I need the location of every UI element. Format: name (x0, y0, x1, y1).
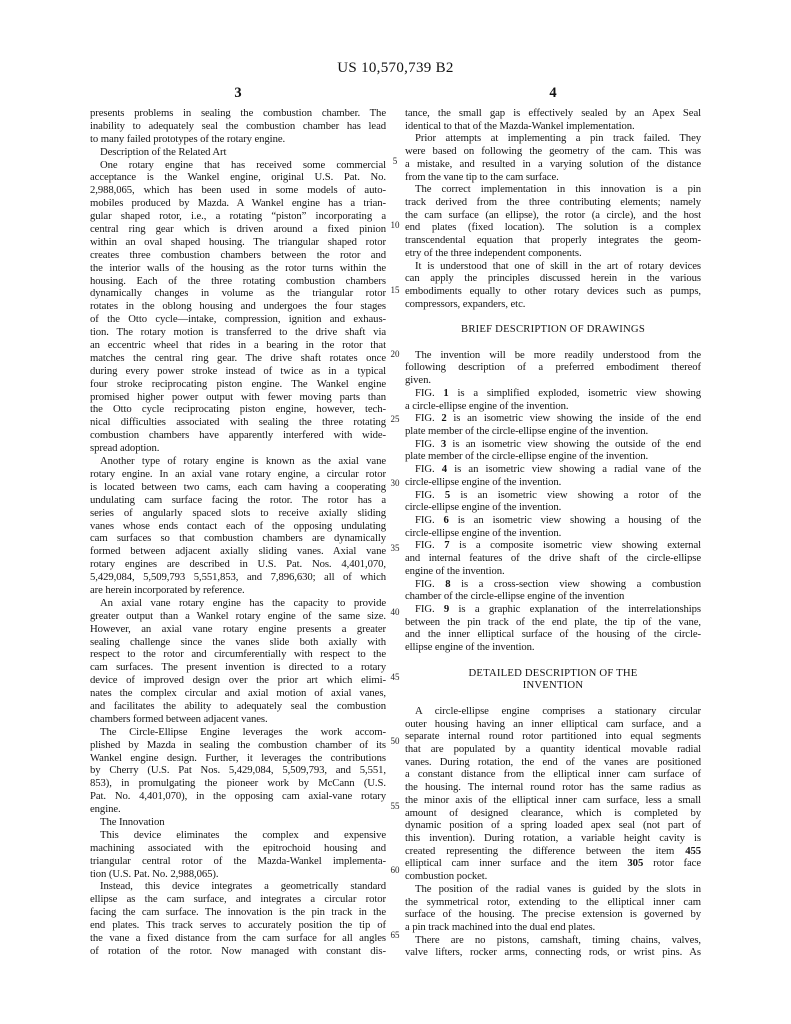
text-line: engine of the invention. (405, 565, 701, 578)
text-line: end plates (fixed location). The solutio… (405, 221, 701, 234)
text-line: creates three combustion chambers betwee… (90, 249, 386, 262)
text-line: tance, the small gap is effectively seal… (405, 107, 701, 120)
text-line: dynamically changes in volume as the tri… (90, 287, 386, 300)
blank-line (405, 311, 701, 324)
text-line: housing. Each of the three rotating comb… (90, 275, 386, 288)
text-line: were based on following the geometry of … (405, 145, 701, 158)
text-line: and internal features of the drive shaft… (405, 552, 701, 565)
text-line: FIG. 1 is a simplified exploded, isometr… (405, 387, 701, 400)
text-line: rotary engine. In an axial vane rotary e… (90, 468, 386, 481)
blank-line (405, 654, 701, 667)
gutter-line-number: 50 (385, 736, 405, 746)
text-line: embodiments equally to other rotary devi… (405, 285, 701, 298)
text-line: separate internal round rotor partitione… (405, 730, 701, 743)
text-line: matches the central ring gear. The drive… (90, 352, 386, 365)
left-column-text: presents problems in sealing the combust… (90, 107, 386, 958)
text-line: formed between adjacent axially sliding … (90, 545, 386, 558)
text-line: INVENTION (405, 679, 701, 692)
text-line: track derived from the three contributin… (405, 196, 701, 209)
text-line: FIG. 8 is a cross-section view showing a… (405, 578, 701, 591)
text-line: triangular central rotor of the Mazda-Wa… (90, 855, 386, 868)
gutter-line-number: 25 (385, 414, 405, 424)
text-line: nates the complex circular and axial mot… (90, 687, 386, 700)
text-line: by Cherry (U.S. Pat Nos. 5,429,084, 5,50… (90, 764, 386, 777)
line-number-gutter: 5101520253035404550556065 (385, 0, 405, 1024)
text-line: outer housing having an inner elliptical… (405, 718, 701, 731)
text-line: FIG. 6 is an isometric view showing a ho… (405, 514, 701, 527)
text-line: given. (405, 374, 701, 387)
gutter-line-number: 55 (385, 801, 405, 811)
text-line: central ring gear which is driven around… (90, 223, 386, 236)
text-line: elliptical cam inner surface and the ite… (405, 857, 701, 870)
text-line: and facilitates the ability to adequatel… (90, 700, 386, 713)
gutter-line-number: 20 (385, 349, 405, 359)
text-line: FIG. 4 is an isometric view showing a ra… (405, 463, 701, 476)
text-line: compressors, expanders, etc. (405, 298, 701, 311)
text-line: machining associated with the epitrochoi… (90, 842, 386, 855)
text-line: of rotation of the rotor. Now managed wi… (90, 945, 386, 958)
text-line: Another type of rotary engine is known a… (90, 455, 386, 468)
text-line: The invention will be more readily under… (405, 349, 701, 362)
text-line: the Otto cycle reciprocating piston engi… (90, 403, 386, 416)
text-line: rotary engines are described in U.S. Pat… (90, 558, 386, 571)
text-line: Pat. No. 4,401,070), in the opposing cam… (90, 790, 386, 803)
text-line: Prior attempts at implementing a pin tra… (405, 132, 701, 145)
column-number-right: 4 (405, 85, 701, 102)
text-line: series of angularly spaced slots to rece… (90, 507, 386, 520)
text-line: created representing the difference betw… (405, 845, 701, 858)
text-line: 5,429,084, 5,509,793 5,551,853, and 7,89… (90, 571, 386, 584)
text-line: vanes. During rotation, the end of the v… (405, 756, 701, 769)
text-line: One rotary engine that has received some… (90, 159, 386, 172)
text-line: 2,988,065, which has been used in some m… (90, 184, 386, 197)
text-line: dynamic position of a spring loaded apex… (405, 819, 701, 832)
text-line: is located between two cams, each cam ha… (90, 481, 386, 494)
text-line: The position of the radial vanes is guid… (405, 883, 701, 896)
text-line: mobiles produced by Mazda. A Wankel engi… (90, 197, 386, 210)
text-line: end plates. This track serves to accurat… (90, 919, 386, 932)
text-line: FIG. 9 is a graphic explanation of the i… (405, 603, 701, 616)
text-line: plate member of the circle-ellipse engin… (405, 425, 701, 438)
text-line: greater output than a Wankel rotary engi… (90, 610, 386, 623)
text-line: The Circle-Ellipse Engine leverages the … (90, 726, 386, 739)
text-line: plished by Mazda in sealing the combusti… (90, 739, 386, 752)
text-line: and the inner elliptical surface of the … (405, 628, 701, 641)
text-line: cam surfaces. The present invention is d… (90, 661, 386, 674)
gutter-line-number: 10 (385, 220, 405, 230)
column-number-left: 3 (90, 85, 386, 102)
text-line: ellipse engine of the invention. (405, 641, 701, 654)
text-line: inability to adequately seal the combust… (90, 120, 386, 133)
text-line: engine. (90, 803, 386, 816)
text-line: FIG. 5 is an isometric view showing a ro… (405, 489, 701, 502)
text-line: from the vane tip to the cam surface. (405, 171, 701, 184)
text-line: 853), in promulgating the pioneer work b… (90, 777, 386, 790)
text-line: within an oval shaped housing. The trian… (90, 236, 386, 249)
patent-page: US 10,570,739 B2 3 4 presents problems i… (0, 0, 791, 1024)
text-line: can apply the principles discussed herei… (405, 272, 701, 285)
text-line: circle-ellipse engine of the invention. (405, 501, 701, 514)
text-line: FIG. 2 is an isometric view showing the … (405, 412, 701, 425)
text-line: the symmetrical rotor, extending to the … (405, 896, 701, 909)
text-line: a constant distance from the elliptical … (405, 768, 701, 781)
text-line: Instead, this device integrates a geomet… (90, 880, 386, 893)
text-line: cam surfaces so that combustion chambers… (90, 532, 386, 545)
blank-line (405, 336, 701, 349)
text-line: Description of the Related Art (90, 146, 386, 159)
text-line: facing the cam surface. The innovation i… (90, 906, 386, 919)
gutter-line-number: 5 (385, 156, 405, 166)
text-line: However, an axial vane rotary engine pre… (90, 623, 386, 636)
text-line: to many failed prototypes of the rotary … (90, 133, 386, 146)
text-line: circle-ellipse engine of the invention. (405, 527, 701, 540)
text-line: identical to that of the Mazda-Wankel im… (405, 120, 701, 133)
gutter-line-number: 65 (385, 930, 405, 940)
text-line: BRIEF DESCRIPTION OF DRAWINGS (405, 323, 701, 336)
text-line: This device eliminates the complex and e… (90, 829, 386, 842)
text-line: combustion pocket. (405, 870, 701, 883)
gutter-line-number: 40 (385, 607, 405, 617)
text-line: that are populated by a quantity identic… (405, 743, 701, 756)
text-line: circle-ellipse engine of the invention. (405, 476, 701, 489)
text-line: are herein incorporated by reference. (90, 584, 386, 597)
text-line: amount of designed clearance, which is c… (405, 807, 701, 820)
text-line: spread adoption. (90, 442, 386, 455)
right-column-text: tance, the small gap is effectively seal… (405, 107, 701, 959)
text-line: chambers formed between adjacent vanes. (90, 713, 386, 726)
text-line: tion (U.S. Pat. No. 2,988,065). (90, 868, 386, 881)
text-line: undulating cam surface facing the rotor.… (90, 494, 386, 507)
gutter-line-number: 45 (385, 672, 405, 682)
text-line: plate member of the circle-ellipse engin… (405, 450, 701, 463)
text-line: surface of the housing. The precise exte… (405, 908, 701, 921)
text-line: the minor axis of the elliptical inner c… (405, 794, 701, 807)
text-line: four stroke reciprocating piston engine.… (90, 378, 386, 391)
text-line: a pin track machined into the dual end p… (405, 921, 701, 934)
text-line: during every power stroke instead of twi… (90, 365, 386, 378)
text-line: There are no pistons, camshaft, timing c… (405, 934, 701, 947)
text-line: A circle-ellipse engine comprises a stat… (405, 705, 701, 718)
text-line: between the pin track of the end plate, … (405, 616, 701, 629)
text-line: respect to the rotor and circumferential… (90, 648, 386, 661)
gutter-line-number: 60 (385, 865, 405, 875)
text-line: the cam surface (an ellipse), the rotor … (405, 209, 701, 222)
blank-line (405, 692, 701, 705)
text-line: the interior walls of the housing as the… (90, 262, 386, 275)
text-line: this invention). During rotation, a vari… (405, 832, 701, 845)
text-line: chamber of the circle-ellipse engine of … (405, 590, 701, 603)
gutter-line-number: 30 (385, 478, 405, 488)
text-line: The Innovation (90, 816, 386, 829)
text-line: The correct implementation in this innov… (405, 183, 701, 196)
text-line: device of improved design over the prior… (90, 674, 386, 687)
text-line: FIG. 7 is a composite isometric view sho… (405, 539, 701, 552)
text-line: the vane a fixed distance from the cam s… (90, 932, 386, 945)
text-line: an eccentric wheel that rides in a beari… (90, 339, 386, 352)
text-line: etry of the three independent components… (405, 247, 701, 260)
text-line: Wankel engine design. Further, it levera… (90, 752, 386, 765)
text-line: presents problems in sealing the combust… (90, 107, 386, 120)
text-line: the housing. The internal round rotor ha… (405, 781, 701, 794)
text-line: ellipse as the cam surface, and integrat… (90, 893, 386, 906)
text-line: gular shaped rotor, i.e., a rotating “pi… (90, 210, 386, 223)
text-line: of the Otto cycle—intake, compression, i… (90, 313, 386, 326)
text-line: a circle-ellipse engine of the invention… (405, 400, 701, 413)
text-line: nical difficulties associated with seali… (90, 416, 386, 429)
text-line: DETAILED DESCRIPTION OF THE (405, 667, 701, 680)
text-line: tion. The rotary motion is transferred t… (90, 326, 386, 339)
text-line: It is understood that one of skill in th… (405, 260, 701, 273)
text-line: FIG. 3 is an isometric view showing the … (405, 438, 701, 451)
text-line: acceptance is the Wankel engine, origina… (90, 171, 386, 184)
text-line: following description of a preferred emb… (405, 361, 701, 374)
gutter-line-number: 35 (385, 543, 405, 553)
text-line: valve lifters, rocker arms, connecting r… (405, 946, 701, 959)
text-line: rotates in the oblong housing and underg… (90, 300, 386, 313)
text-line: sealing challenge since the vanes slide … (90, 636, 386, 649)
text-line: An axial vane rotary engine has the capa… (90, 597, 386, 610)
text-line: transcendental equation that properly in… (405, 234, 701, 247)
text-line: promised higher power output with fewer … (90, 391, 386, 404)
gutter-line-number: 15 (385, 285, 405, 295)
text-line: combustion chambers have apparently inte… (90, 429, 386, 442)
text-line: a mistake, and resulted in a varying sol… (405, 158, 701, 171)
text-line: vanes whose ends contact each of the opp… (90, 520, 386, 533)
